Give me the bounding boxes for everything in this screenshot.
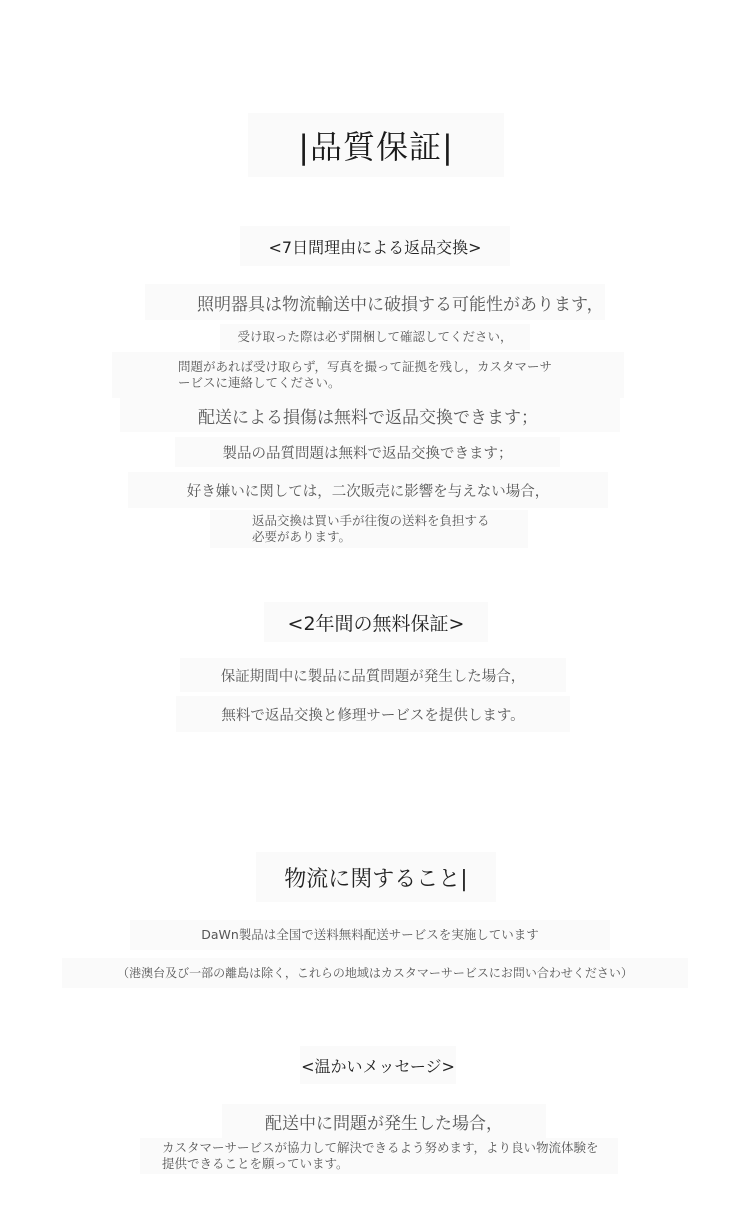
warranty-heading: <2年間の無料保証> bbox=[264, 602, 488, 642]
warm-message-heading: <温かいメッセージ> bbox=[300, 1046, 456, 1084]
return-exchange-heading-text: <7日間理由による返品交換> bbox=[269, 235, 482, 258]
warm-message-line-support: カスタマーサービスが協力して解決できるよう努めます，より良い物流体験を提供できる… bbox=[140, 1138, 618, 1174]
warranty-heading-text: <2年間の無料保証> bbox=[288, 609, 465, 636]
return-line-preference: 好き嫌いに関しては，二次販売に影響を与えない場合， bbox=[128, 472, 608, 508]
return-line-damage-possible: 照明器具は物流輸送中に破損する可能性があります， bbox=[145, 284, 605, 320]
warranty-line-free-repair: 無料で返品交換と修理サービスを提供します。 bbox=[176, 696, 570, 732]
warm-message-line-issue: 配送中に問題が発生した場合， bbox=[222, 1104, 546, 1138]
return-line-buyer-pays-shipping: 返品交換は買い手が往復の送料を負担する必要があります。 bbox=[210, 510, 528, 548]
logistics-title: 物流に関すること| bbox=[256, 852, 496, 902]
logistics-title-text: 物流に関すること| bbox=[284, 862, 467, 893]
warm-message-heading-text: <温かいメッセージ> bbox=[301, 1054, 455, 1077]
quality-assurance-title-text: |品質保証| bbox=[298, 122, 454, 168]
quality-assurance-title: |品質保証| bbox=[248, 113, 504, 177]
return-line-refuse-and-contact: 問題があれば受け取らず，写真を撮って証拠を残し，カスタマーサービスに連絡してくだ… bbox=[112, 352, 624, 398]
logistics-line-free-shipping: DaWn製品は全国で送料無料配送サービスを実施しています bbox=[130, 920, 610, 950]
return-exchange-heading: <7日間理由による返品交換> bbox=[240, 226, 510, 266]
return-line-inspect-on-receipt: 受け取った際は必ず開梱して確認してください， bbox=[220, 324, 530, 350]
return-line-shipping-damage-free: 配送による損傷は無料で返品交換できます； bbox=[120, 398, 620, 432]
logistics-line-exclusions: （港澳台及び一部の離島は除く，これらの地域はカスタマーサービスにお問い合わせくだ… bbox=[62, 958, 688, 988]
warranty-line-quality-issue: 保証期間中に製品に品質問題が発生した場合， bbox=[180, 658, 566, 692]
return-line-quality-issue-free: 製品の品質問題は無料で返品交換できます； bbox=[175, 437, 560, 467]
